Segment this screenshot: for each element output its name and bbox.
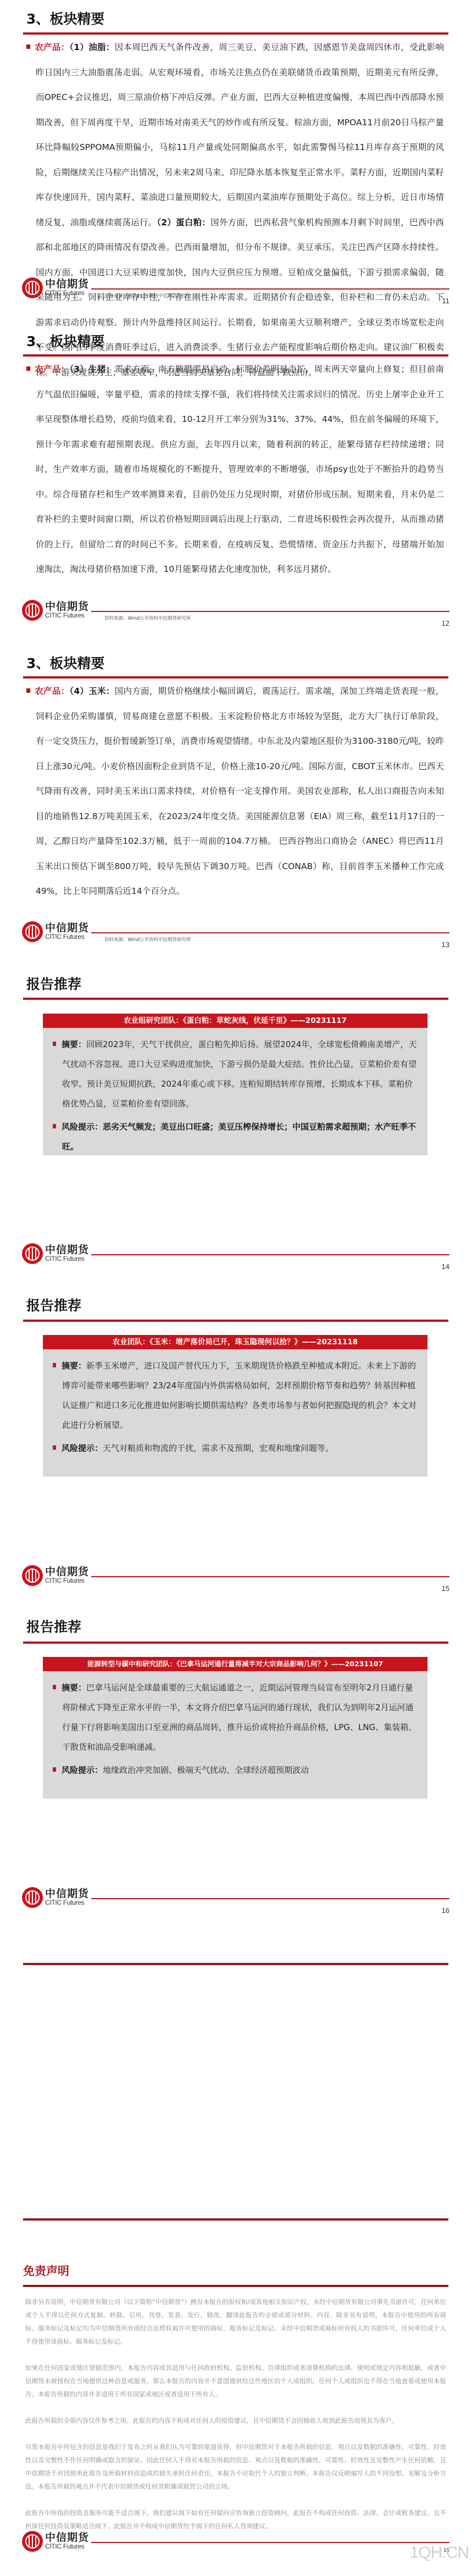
risk-text: 地缘政治冲突加剧、极端天气扰动、全球经济超预期波动 [103, 1765, 309, 1775]
title-rule [23, 998, 448, 1000]
page-footer: 中信期货 CITIC Futures 资料来源：Wind公开资料中信期货研究所 … [21, 277, 451, 310]
paragraph: 农产品：（1）油脂：因本周巴西天气条件改善，周三美豆、美豆油下跌，因感恩节美盘周… [26, 35, 444, 385]
paragraph: 农产品：（4）玉米：国内方面，期货价格继续小幅回调后，震荡运行。需求端，深加工终… [26, 679, 444, 904]
title-rule [23, 676, 448, 678]
brand-name-en: CITIC Futures [45, 2542, 84, 2550]
citic-logo-icon [22, 1887, 43, 1908]
citic-logo-icon [22, 1243, 43, 1264]
page-number: 11 [442, 297, 450, 305]
bullet-icon [53, 1042, 56, 1046]
summary-text: 新季玉米增产，进口及国产替代压力下，玉米期现货价格跌至种植成本附近。未来上下游的… [62, 1361, 417, 1430]
page-footer: 中信期货 CITIC Futures 资料来源：Wind公开资料中信期货研究所 … [21, 600, 451, 633]
report-card: 能源转型与碳中和研究团队：《巴拿马运河通行量将减半对大宗商品影响几何？》——20… [43, 1657, 427, 1799]
page-number: 14 [442, 1262, 449, 1271]
footer-rule [91, 1898, 449, 1899]
source-note: 资料来源：Wind公开资料中信期货研究所 [104, 615, 191, 621]
title-rule [23, 1642, 448, 1644]
category-label: 农产品： [35, 42, 69, 52]
risk-paragraph: 风险提示：天气对粮质和物流的干扰，需求不及预期，宏观和地缘问题等。 [53, 1438, 418, 1458]
slide-title: 报告推荐 [26, 977, 81, 991]
risk-label: 风险提示： [62, 1122, 103, 1132]
page-footer: 中信期货 CITIC Futures 资料来源：Wind公开资料中信期货研究所 … [21, 921, 451, 954]
summary-text: 巴拿马运河是全球最重要的三大航运通道之一，近期运河管理当局宣布至明年2月日通行量… [62, 1683, 417, 1752]
page-number: 16 [442, 1906, 449, 1915]
slide-title: 3、板块精要 [26, 335, 104, 348]
paragraph: 农产品：（3）生猪：需求方面，南方腌腊零星启动，标肥价差明显走扩，周末两天宰量向… [26, 357, 444, 582]
paragraph-text: 需求方面，南方腌腊零星启动，标肥价差明显走扩，周末两天宰量向上修复；但目前南方气… [36, 364, 444, 574]
slide-title: 3、板块精要 [26, 12, 104, 26]
bullet-icon [26, 44, 30, 49]
slide-title: 3、板块精要 [26, 656, 104, 670]
brand-name-cn: 中信期货 [45, 276, 89, 291]
brand-name-cn: 中信期货 [45, 598, 89, 613]
page-number: 13 [442, 941, 449, 949]
brand-name-cn: 中信期货 [45, 2529, 89, 2544]
page-footer: 中信期货 CITIC Futures 16 [21, 1887, 451, 1920]
bullet-icon [26, 688, 30, 693]
risk-label: 风险提示： [62, 1765, 103, 1775]
brand-name-en: CITIC Futures [45, 1255, 84, 1262]
page-number: 12 [442, 619, 449, 627]
brand-name-cn: 中信期货 [45, 1242, 89, 1256]
title-rule [23, 1320, 448, 1322]
source-note: 资料来源：Wind公开资料中信期货研究所 [104, 936, 191, 943]
title-rule [23, 32, 448, 35]
brand-name-cn: 中信期货 [45, 1564, 89, 1578]
disclaimer-body: 除非另有说明，中信期货有限公司（以下简称“中信期货”）拥有本报告的版权和/或其他… [25, 2295, 446, 2546]
summary-paragraph: 摘要：巴拿马运河是全球最重要的三大航运通道之一，近期运河管理当局宣布至明年2月日… [53, 1678, 418, 1757]
paragraph-text: 因本周巴西天气条件改善，周三美豆、美豆油下跌，因感恩节美盘周四休市，受此影响昨日… [36, 42, 444, 227]
risk-label: 风险提示： [62, 1443, 103, 1453]
summary-paragraph: 摘要：回顾2023年，天气干扰供应，蛋白粕先抑后扬。展望2024年，全球宽松倚赖… [53, 1034, 418, 1114]
citic-logo-icon [22, 921, 43, 942]
summary-label: 摘要： [62, 1039, 86, 1049]
brand-name-en: CITIC Futures [45, 611, 84, 619]
disclaimer-paragraph: 此报告中所指的投资及服务可能不适合阁下。我们建议阁下如有任何疑问应咨询独立投资顾… [25, 2506, 446, 2533]
citic-logo-icon [22, 600, 43, 621]
report-card-header: 农业团队：《玉米：增产落价局已开，珠玉隐现何以拾？》——20231118 [43, 1335, 427, 1349]
summary-paragraph: 摘要：新季玉米增产，进口及国产替代压力下，玉米期现货价格跌至种植成本附近。未来上… [53, 1356, 418, 1435]
footer-rule [91, 611, 449, 612]
page-number: 15 [442, 1584, 449, 1593]
risk-paragraph: 风险提示：地缘政治冲突加剧、极端天气扰动、全球经济超预期波动 [53, 1760, 418, 1780]
page-footer: 中信期货 CITIC Futures 15 [21, 1565, 451, 1598]
footer-rule [91, 932, 449, 933]
citic-logo-icon [22, 277, 43, 298]
footer-rule [91, 1254, 449, 1255]
content-block-corn: 农产品：（4）玉米：国内方面，期货价格继续小幅回调后，震荡运行。需求端，深加工终… [26, 679, 444, 904]
content-block-hogs: 农产品：（3）生猪：需求方面，南方腌腊零星启动，标肥价差明显走扩，周末两天宰量向… [26, 357, 444, 582]
page-footer: 中信期货 CITIC Futures 18 [21, 2531, 451, 2564]
risk-paragraph: 风险提示：恶劣天气频发；美豆出口旺盛；美豆压榨保持增长；中国豆粕需求超预期；水产… [53, 1117, 418, 1156]
report-card-header: 农业组研究团队：《蛋白粕：草蛇灰线，伏延千里》——20231117 [43, 1014, 427, 1028]
footer-rule [91, 2542, 449, 2543]
bullet-icon [53, 1445, 56, 1450]
report-card: 农业组研究团队：《蛋白粕：草蛇灰线，伏延千里》——20231117 摘要：回顾2… [43, 1014, 427, 1155]
summary-label: 摘要： [62, 1361, 86, 1371]
brand-name-cn: 中信期货 [45, 1885, 89, 1900]
disclaimer-paragraph: 除非另有说明，中信期货有限公司（以下简称“中信期货”）拥有本报告的版权和/或其他… [25, 2295, 446, 2348]
paragraph-text: 国内方面，期货价格继续小幅回调后，震荡运行。需求端，深加工终端走货表现一般，饲料… [36, 686, 444, 896]
category-label: 农产品： [35, 364, 69, 374]
subsection-label: （4）玉米： [69, 686, 114, 696]
subsection-label: （3）生猪： [69, 364, 114, 374]
footer-rule [91, 1576, 449, 1577]
title-rule [23, 354, 448, 357]
summary-label: 摘要： [62, 1683, 86, 1693]
summary-text: 回顾2023年，天气干扰供应，蛋白粕先抑后扬。展望2024年，全球宽松倚赖南美增… [62, 1039, 417, 1109]
disclaimer-paragraph: 如果在任何国家或地区管辖范围内，本报告内容或其适用与任何政府机构、监管机构、自律… [25, 2361, 446, 2401]
bullet-icon [53, 1124, 56, 1128]
divider-rule [23, 2218, 448, 2221]
brand-name-cn: 中信期货 [45, 920, 89, 934]
report-card-header: 能源转型与碳中和研究团队：《巴拿马运河通行量将减半对大宗商品影响几何？》——20… [43, 1657, 427, 1671]
page-footer: 中信期货 CITIC Futures 14 [21, 1243, 451, 1276]
slide-title: 报告推荐 [26, 1620, 81, 1634]
category-label: 农产品： [35, 686, 69, 696]
citic-logo-icon [22, 1565, 43, 1586]
subsection-label: （2）蛋白粕： [157, 218, 210, 227]
slide-title: 报告推荐 [26, 1299, 81, 1312]
bullet-icon [26, 366, 30, 371]
brand-name-en: CITIC Futures [45, 1899, 84, 1906]
risk-text: 恶劣天气频发；美豆出口旺盛；美豆压榨保持增长；中国豆粕需求超预期；水产旺季不旺。 [62, 1122, 416, 1151]
report-card: 农业团队：《玉米：增产落价局已开，珠玉隐现何以拾？》——20231118 摘要：… [43, 1335, 427, 1477]
disclaimer-rule [23, 2285, 448, 2287]
brand-name-en: CITIC Futures [45, 289, 84, 297]
disclaimer-title: 免责声明 [23, 2262, 69, 2279]
footer-rule [91, 288, 449, 290]
disclaimer-paragraph: 此报告所载的全部内容仅作参考之用。此报告的内容不构成对任何人的投资建议，且中信期… [25, 2414, 446, 2427]
bullet-icon [53, 1767, 56, 1772]
citic-logo-icon [22, 2531, 43, 2552]
disclaimer-paragraph: 尽管本报告中所包含的信息是我们于发布之时从我们认为可靠的渠道获得，但中信期货对于… [25, 2440, 446, 2493]
subsection-label: （1）油脂： [69, 42, 114, 52]
risk-text: 天气对粮质和物流的干扰，需求不及预期，宏观和地缘问题等。 [103, 1443, 334, 1453]
divider-rule [23, 1963, 448, 1965]
content-block-oils-meal: 农产品：（1）油脂：因本周巴西天气条件改善，周三美豆、美豆油下跌，因感恩节美盘周… [26, 35, 444, 385]
brand-name-en: CITIC Futures [45, 1577, 84, 1584]
bullet-icon [53, 1685, 56, 1689]
site-watermark: 1QH.CN [410, 2544, 469, 2562]
bullet-icon [53, 1363, 56, 1367]
brand-name-en: CITIC Futures [45, 933, 84, 941]
source-note: 资料来源：Wind公开资料中信期货研究所 [104, 292, 191, 299]
